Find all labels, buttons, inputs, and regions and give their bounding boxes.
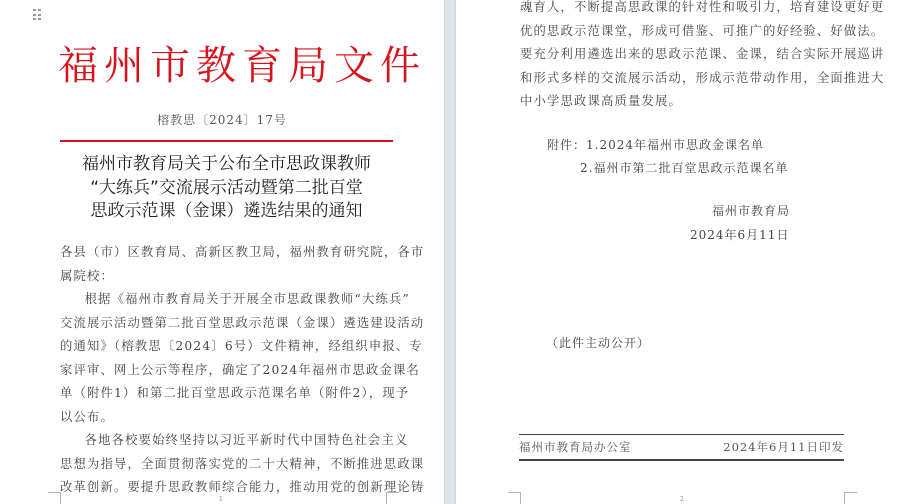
title-line: 福州市教育局关于公布全市思政课教师 [60,153,393,177]
body-line: 家评审、网上公示等程序，确定了2024年福州市思政金课名 [60,359,394,383]
title-line: 思政示范课（金课）遴选结果的通知 [60,200,393,224]
body-line: 各地各校要始终坚持以习近平新时代中国特色社会主义 [60,429,394,453]
body-line: 以公布。 [60,406,394,430]
signoff-date: 2024年6月11日 [690,223,790,247]
body-line: 单（附件1）和第二批百堂思政示范课名单（附件2），现予 [60,382,394,406]
footer-bottom-rule [519,459,844,461]
footer-top-rule [519,434,844,435]
body-line: 交流展示活动暨第二批百堂思政示范课（金课）遴选建设活动 [60,312,394,336]
page-divider [444,0,456,504]
body-line: 魂育人，不断提高思政课的针对性和吸引力，培育建设更好更 [520,0,846,20]
page-corner-mark [386,492,399,504]
body-line: 优的思政示范课堂，形成可借鉴、可推广的好经验、好做法。 [520,20,846,44]
title-line: “大练兵”交流展示活动暨第二批百堂 [60,177,393,201]
page-corner-mark [844,492,857,504]
body-line: 和形式多样的交流展示活动，形成示范带动作用，全面推进大 [520,67,846,91]
body-line: 改革创新。要提升思政教师综合能力，推动用党的创新理论铸 [60,476,394,500]
document-number: 榕教思〔2024〕17号 [0,111,444,128]
drag-handle-icon[interactable] [33,9,41,21]
footer-issuer: 福州市教育局办公室 [519,439,632,455]
signoff-block: 福州市教育局 2024年6月11日 [690,199,790,247]
document-body-continued: 魂育人，不断提高思政课的针对性和吸引力，培育建设更好更 优的思政示范课堂，形成可… [520,0,846,114]
page-corner-mark [48,492,61,504]
page-corner-mark [508,492,521,504]
page-number: 2 [680,496,684,503]
body-line: 要充分利用遴选出来的思政示范课、金课，结合实际开展巡讲 [520,43,846,67]
addressee-line: 各县（市）区教育局、高新区教卫局，福州教育研究院，各市 [60,241,394,265]
footer-print-date: 2024年6月11日印发 [723,439,844,455]
signoff-organization: 福州市教育局 [690,199,790,223]
addressee-line: 属院校： [60,265,394,289]
body-line: 的通知》（榕教思〔2024〕6号）文件精神，经组织申报、专 [60,335,394,359]
body-line: 中小学思政课高质量发展。 [520,90,846,114]
document-title: 福州市教育局关于公布全市思政课教师 “大练兵”交流展示活动暨第二批百堂 思政示范… [60,153,393,224]
attachment-item: 2.福州市第二批百堂思政示范课名单 [547,157,788,180]
page-number: 1 [219,496,223,503]
document-red-header: 福州市教育局文件 [58,38,388,94]
body-line: 根据《福州市教育局关于开展全市思政课教师“大练兵” [60,288,394,312]
red-separator-line [60,140,393,142]
public-disclosure-note: （此件主动公开） [546,334,650,351]
attachment-item: 附件：1.2024年福州市思政金课名单 [547,134,788,157]
document-page-1: 福州市教育局文件 榕教思〔2024〕17号 福州市教育局关于公布全市思政课教师 … [0,0,444,504]
body-line: 思想为指导，全面贯彻落实党的二十大精神，不断推进思政课 [60,453,394,477]
attachments-list: 附件：1.2024年福州市思政金课名单 2.福州市第二批百堂思政示范课名单 [547,134,788,180]
attachments-label: 附件： [547,138,586,152]
document-body: 各县（市）区教育局、高新区教卫局，福州教育研究院，各市 属院校： 根据《福州市教… [60,241,394,500]
